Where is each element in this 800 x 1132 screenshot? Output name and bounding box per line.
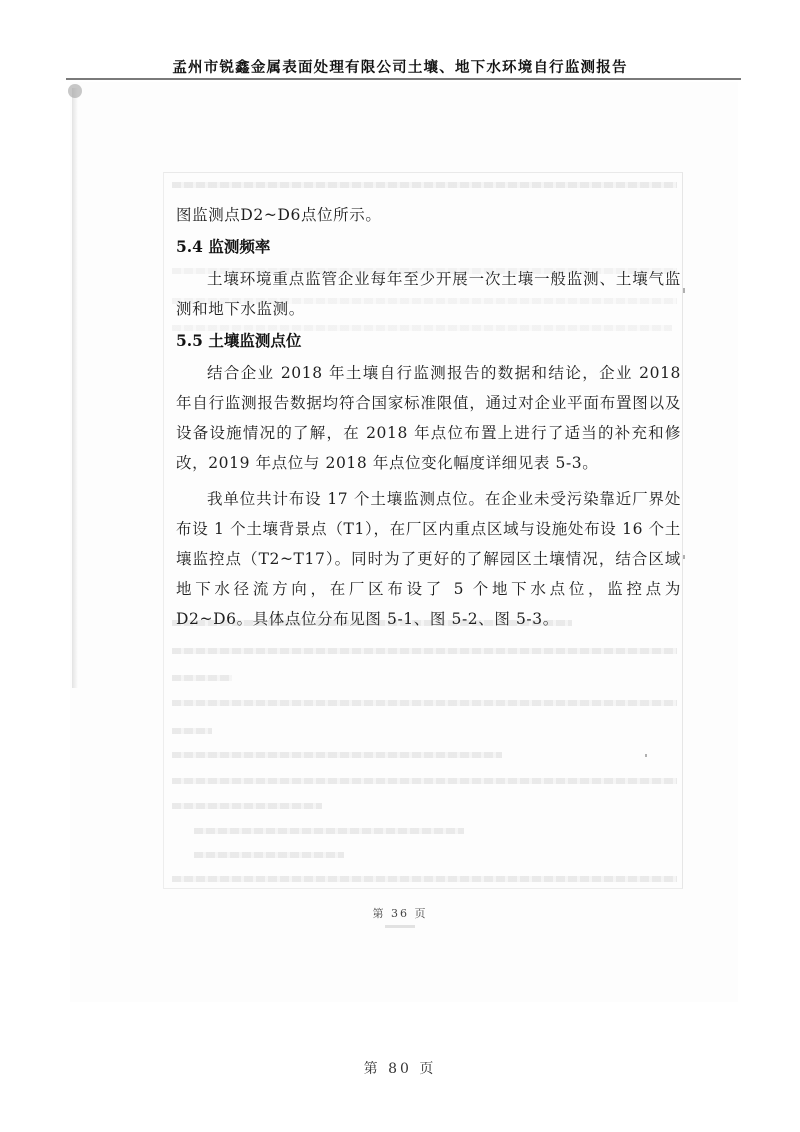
bleed-through-line bbox=[172, 700, 677, 706]
bleed-through-line bbox=[172, 675, 232, 681]
scan-smudge-mark bbox=[385, 925, 415, 928]
bleed-through-line bbox=[172, 752, 502, 758]
body-paragraph: 土壤环境重点监管企业每年至少开展一次土壤一般监测、土壤气监测和地下水监测。 bbox=[176, 264, 681, 324]
bleed-through-line bbox=[194, 852, 344, 858]
section-heading-soil-monitoring-points: 5.5 土壤监测点位 bbox=[176, 326, 681, 356]
bleed-through-line bbox=[172, 182, 677, 188]
report-header-title: 孟州市锐鑫金属表面处理有限公司土壤、地下水环境自行监测报告 bbox=[0, 56, 800, 77]
bleed-through-line bbox=[172, 803, 322, 809]
bleed-through-line bbox=[172, 728, 212, 734]
scan-edge-shadow bbox=[72, 88, 78, 688]
scan-mark bbox=[683, 288, 685, 293]
bleed-through-line bbox=[194, 828, 464, 834]
scan-smudge-mark bbox=[68, 84, 82, 98]
body-paragraph: 图监测点D2~D6点位所示。 bbox=[176, 200, 681, 230]
bleed-through-line bbox=[172, 876, 677, 882]
bleed-through-line bbox=[172, 778, 677, 784]
inner-page-number: 第 36 页 bbox=[0, 905, 800, 921]
body-paragraph: 我单位共计布设 17 个土壤监测点位。在企业未受污染靠近厂界处布设 1 个土壤背… bbox=[176, 484, 681, 634]
document-body: 图监测点D2~D6点位所示。 5.4 监测频率 土壤环境重点监管企业每年至少开展… bbox=[176, 200, 681, 634]
scan-mark bbox=[645, 754, 647, 757]
body-paragraph: 结合企业 2018 年土壤自行监测报告的数据和结论，企业 2018 年自行监测报… bbox=[176, 358, 681, 478]
page-number: 第 80 页 bbox=[0, 1058, 800, 1078]
section-heading-monitoring-frequency: 5.4 监测频率 bbox=[176, 232, 681, 262]
scan-mark bbox=[683, 555, 685, 559]
header-divider bbox=[66, 78, 741, 80]
bleed-through-line bbox=[172, 648, 677, 654]
